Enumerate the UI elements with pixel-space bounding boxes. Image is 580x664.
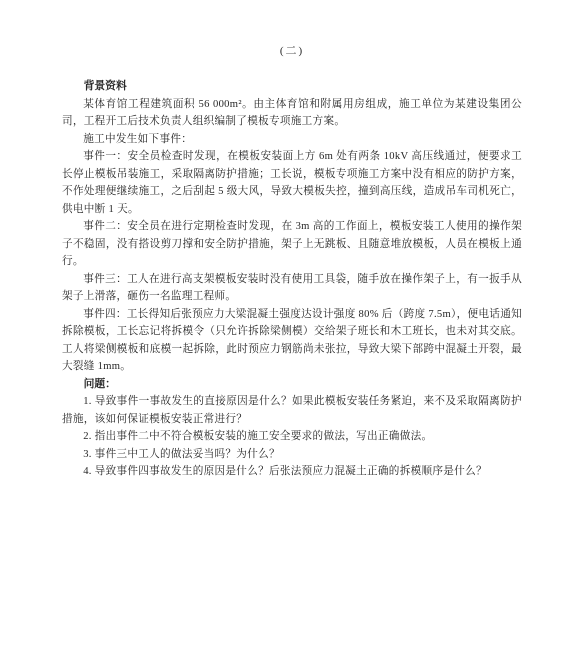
event-paragraph-3: 事件三：工人在进行高支架模板安装时没有使用工具袋，随手放在操作架子上，有一扳手从… — [62, 271, 522, 306]
events-intro: 施工中发生如下事件： — [62, 131, 522, 149]
event-paragraph-4: 事件四：工长得知后张预应力大梁混凝土强度达设计强度 80% 后（跨度 7.5m）… — [62, 306, 522, 376]
background-heading: 背景资料 — [62, 78, 522, 96]
document-page: (二) 背景资料 某体育馆工程建筑面积 56 000m²。由主体育馆和附属用房组… — [0, 0, 580, 664]
question-1: 1. 导致事件一事故发生的直接原因是什么？如果此模板安装任务紧迫，来不及采取隔离… — [62, 393, 522, 428]
event-paragraph-2: 事件二：安全员在进行定期检查时发现，在 3m 高的工作面上，模板安装工人使用的操… — [62, 218, 522, 271]
background-paragraph: 某体育馆工程建筑面积 56 000m²。由主体育馆和附属用房组成，施工单位为某建… — [62, 96, 522, 131]
question-4: 4. 导致事件四事故发生的原因是什么？后张法预应力混凝土正确的拆模顺序是什么？ — [62, 463, 522, 481]
question-2: 2. 指出事件二中不符合模板安装的施工安全要求的做法，写出正确做法。 — [62, 428, 522, 446]
questions-heading: 问题： — [62, 376, 522, 394]
event-paragraph-1: 事件一：安全员检查时发现，在模板安装面上方 6m 处有两条 10kV 高压线通过… — [62, 148, 522, 218]
question-3: 3. 事件三中工人的做法妥当吗？为什么？ — [62, 446, 522, 464]
section-label: (二) — [62, 42, 522, 58]
